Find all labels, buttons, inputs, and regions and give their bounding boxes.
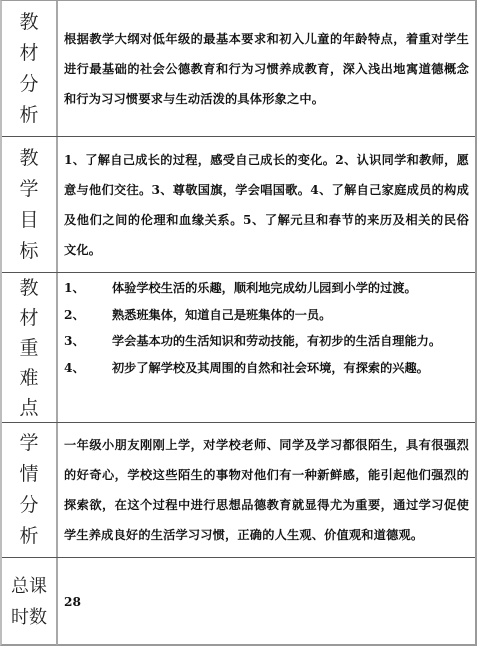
label-total-hours: 总课 时数 [2,558,58,645]
label-char: 重 [19,333,38,363]
content-material-analysis: 根据教学大纲对低年级的最基本要求和初入儿童的年龄特点，着重对学生进行最基础的社会… [64,24,469,136]
label-char: 材 [19,38,38,69]
label-line: 时数 [11,602,47,633]
label-line: 总课 [11,571,47,602]
list-number: 3、 [64,328,112,355]
label-char: 学 [19,174,38,205]
label-char: 学 [19,428,38,459]
list-number: 1、 [64,275,112,302]
list-number: 2、 [64,302,112,329]
content-teaching-goals: 1、了解自己成长的过程，感受自己成长的变化。2、认识同学和教师，愿意与他们交往。… [64,145,469,272]
row-material-analysis: 教 材 分 析 根据教学大纲对低年级的最基本要求和初入儿童的年龄特点，着重对学生… [2,1,475,137]
lesson-plan-table: 教 材 分 析 根据教学大纲对低年级的最基本要求和初入儿童的年龄特点，着重对学生… [0,0,477,646]
label-char: 教 [19,273,38,303]
list-text: 熟悉班集体，知道自己是班集体的一员。 [112,302,469,329]
label-char: 难 [19,363,38,393]
list-text: 初步了解学校及其周围的自然和社会环境，有探索的兴趣。 [112,355,469,382]
label-char: 析 [19,521,38,552]
content-student-analysis: 一年级小朋友刚刚上学，对学校老师、同学及学习都很陌生，具有很强烈的好奇心，学校这… [64,430,469,557]
list-item: 2、 熟悉班集体，知道自己是班集体的一员。 [64,302,469,329]
label-key-difficulties: 教 材 重 难 点 [2,273,58,422]
row-key-difficulties: 教 材 重 难 点 1、 体验学校生活的乐趣，顺利地完成幼儿园到小学的过渡。 2… [2,273,475,423]
content-key-difficulties: 1、 体验学校生活的乐趣，顺利地完成幼儿园到小学的过渡。 2、 熟悉班集体，知道… [64,275,469,422]
list-text: 学会基本功的生活知识和劳动技能，有初步的生活自理能力。 [112,328,469,355]
student-analysis-text: 一年级小朋友刚刚上学，对学校老师、同学及学习都很陌生，具有很强烈的好奇心，学校这… [64,430,469,550]
list-number: 4、 [64,355,112,382]
label-char: 教 [19,143,38,174]
label-char: 析 [19,100,38,131]
row-total-hours: 总课 时数 28 [2,558,475,645]
material-analysis-text: 根据教学大纲对低年级的最基本要求和初入儿童的年龄特点，着重对学生进行最基础的社会… [64,24,469,114]
list-item: 4、 初步了解学校及其周围的自然和社会环境，有探索的兴趣。 [64,355,469,382]
label-char: 材 [19,303,38,333]
label-char: 情 [19,459,38,490]
label-teaching-goals: 教 学 目 标 [2,137,58,272]
label-char: 分 [19,69,38,100]
label-char: 目 [19,205,38,236]
label-char: 点 [19,393,38,423]
teaching-goals-text: 1、了解自己成长的过程，感受自己成长的变化。2、认识同学和教师，愿意与他们交往。… [64,145,469,265]
label-material-analysis: 教 材 分 析 [2,1,58,136]
list-item: 1、 体验学校生活的乐趣，顺利地完成幼儿园到小学的过渡。 [64,275,469,302]
list-item: 3、 学会基本功的生活知识和劳动技能，有初步的生活自理能力。 [64,328,469,355]
label-char: 分 [19,490,38,521]
label-student-analysis: 学 情 分 析 [2,423,58,557]
total-hours-value: 28 [64,592,469,612]
content-total-hours: 28 [64,592,469,645]
label-char: 标 [19,236,38,267]
label-char: 教 [19,7,38,38]
list-text: 体验学校生活的乐趣，顺利地完成幼儿园到小学的过渡。 [112,275,469,302]
row-teaching-goals: 教 学 目 标 1、了解自己成长的过程，感受自己成长的变化。2、认识同学和教师，… [2,137,475,273]
row-student-analysis: 学 情 分 析 一年级小朋友刚刚上学，对学校老师、同学及学习都很陌生，具有很强烈… [2,423,475,558]
